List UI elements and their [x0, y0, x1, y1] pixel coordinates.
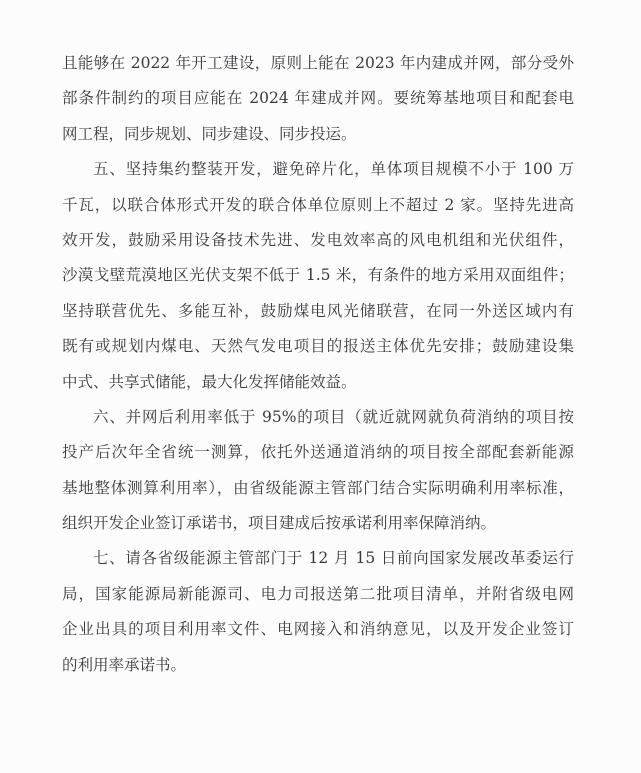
text-line: 的利用率承诺书。: [62, 648, 574, 683]
text-line: 千瓦，以联合体形式开发的联合体单位原则上不超过 2 家。坚持先进高: [62, 188, 574, 223]
document-page: 且能够在 2022 年开工建设，原则上能在 2023 年内建成并网，部分受外 部…: [0, 0, 641, 773]
text-line: 中式、共享式储能，最大化发挥储能效益。: [62, 365, 574, 400]
text-line: 既有或规划内煤电、天然气发电项目的报送主体优先安排；鼓励建设集: [62, 329, 574, 364]
text-line: 网工程，同步规划、同步建设、同步投运。: [62, 117, 574, 152]
text-line: 且能够在 2022 年开工建设，原则上能在 2023 年内建成并网，部分受外: [62, 46, 574, 81]
text-line-item-5-start: 五、坚持集约整装开发，避免碎片化，单体项目规模不小于 100 万: [62, 152, 574, 187]
text-line: 效开发，鼓励采用设备技术先进、发电效率高的风电机组和光伏组件，: [62, 223, 574, 258]
text-line-item-7-start: 七、请各省级能源主管部门于 12 月 15 日前向国家发展改革委运行: [62, 541, 574, 576]
document-text-block: 且能够在 2022 年开工建设，原则上能在 2023 年内建成并网，部分受外 部…: [62, 46, 574, 683]
text-line: 企业出具的项目利用率文件、电网接入和消纳意见，以及开发企业签订: [62, 612, 574, 647]
text-line: 部条件制约的项目应能在 2024 年建成并网。要统筹基地项目和配套电: [62, 81, 574, 116]
text-line-item-6-start: 六、并网后利用率低于 95%的项目（就近就网就负荷消纳的项目按: [62, 400, 574, 435]
text-line: 组织开发企业签订承诺书，项目建成后按承诺利用率保障消纳。: [62, 506, 574, 541]
text-line: 局，国家能源局新能源司、电力司报送第二批项目清单，并附省级电网: [62, 577, 574, 612]
text-line: 坚持联营优先、多能互补，鼓励煤电风光储联营，在同一外送区域内有: [62, 294, 574, 329]
text-line: 投产后次年全省统一测算，依托外送通道消纳的项目按全部配套新能源: [62, 435, 574, 470]
text-line: 基地整体测算利用率），由省级能源主管部门结合实际明确利用率标准，: [62, 471, 574, 506]
text-line: 沙漠戈壁荒漠地区光伏支架不低于 1.5 米，有条件的地方采用双面组件；: [62, 258, 574, 293]
